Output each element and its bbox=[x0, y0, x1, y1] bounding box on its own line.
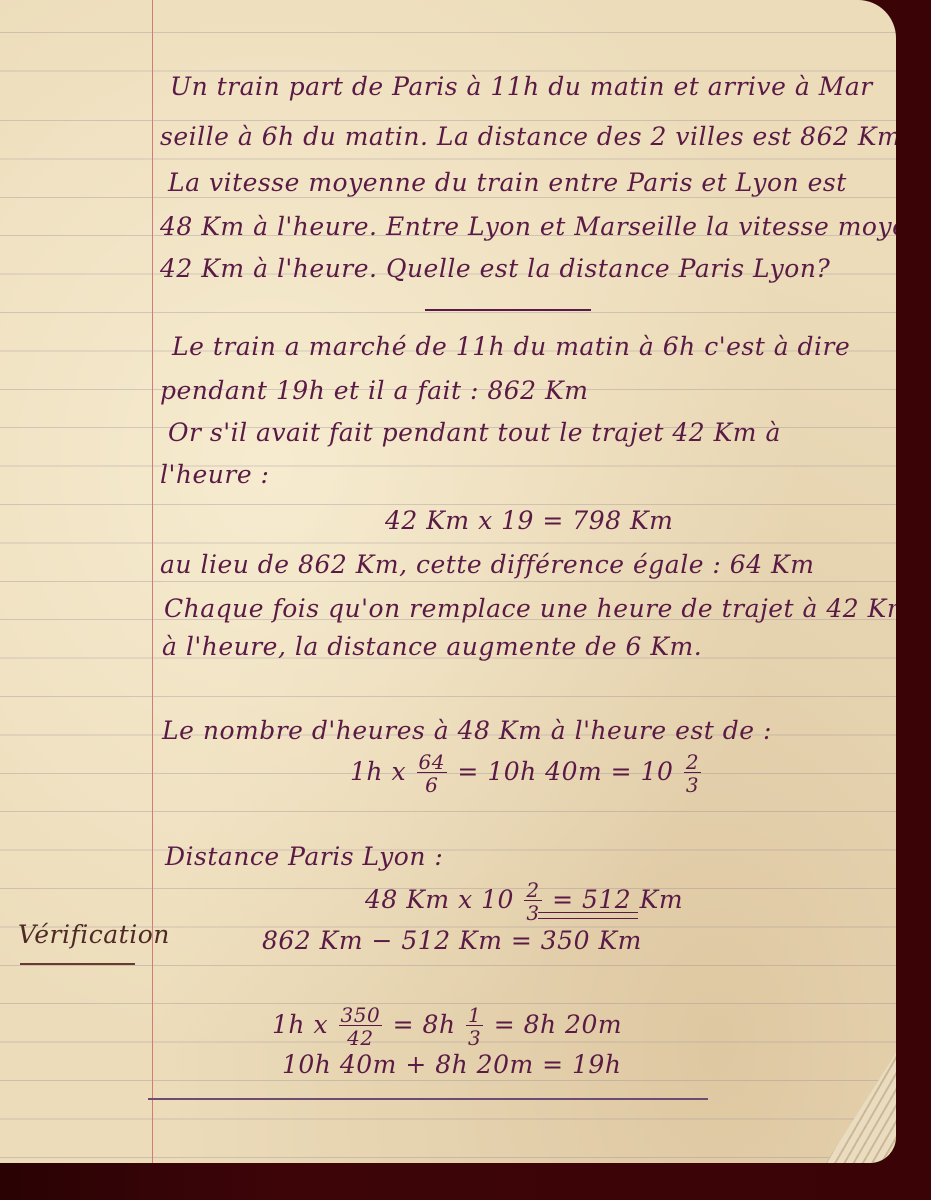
verif-calc-2: 1h x 350 42 = 8h 1 3 = 8h 20m bbox=[272, 1005, 622, 1048]
problem-line-1: Un train part de Paris à 11h du matin et… bbox=[170, 72, 873, 101]
fraction-64-6: 64 6 bbox=[417, 752, 447, 795]
solution-line-3: Or s'il avait fait pendant tout le traje… bbox=[168, 418, 781, 447]
calc-hours: 1h x 64 6 = 10h 40m = 10 2 3 bbox=[350, 752, 703, 795]
hours-line: Le nombre d'heures à 48 Km à l'heure est… bbox=[162, 716, 772, 745]
result-double-underline bbox=[538, 912, 638, 919]
solution-line-7: à l'heure, la distance augmente de 6 Km. bbox=[162, 632, 702, 661]
distance-heading: Distance Paris Lyon : bbox=[165, 842, 443, 871]
verification-underline bbox=[20, 963, 135, 965]
calc-distance-lhs: 48 Km x 10 bbox=[365, 885, 514, 914]
problem-line-3: La vitesse moyenne du train entre Paris … bbox=[168, 168, 847, 197]
calc-42x19: 42 Km x 19 = 798 Km bbox=[385, 506, 673, 535]
solution-line-1: Le train a marché de 11h du matin à 6h c… bbox=[172, 332, 850, 361]
background-strip bbox=[0, 1163, 931, 1200]
calc-hours-whole: 10 bbox=[641, 757, 674, 786]
margin-line bbox=[152, 0, 153, 1163]
verification-label: Vérification bbox=[18, 920, 170, 949]
calc-hours-lhs: 1h x bbox=[350, 757, 406, 786]
calc-distance-result: = 512 Km bbox=[552, 885, 683, 914]
solution-line-6: Chaque fois qu'on remplace une heure de … bbox=[164, 594, 896, 623]
solution-line-4: l'heure : bbox=[160, 460, 269, 489]
calc-hours-mid: = 10h 40m = bbox=[457, 757, 632, 786]
solution-line-2: pendant 19h et il a fait : 862 Km bbox=[160, 376, 588, 405]
section-divider bbox=[425, 309, 591, 311]
fraction-350-42: 350 42 bbox=[339, 1005, 383, 1048]
solution-line-5: au lieu de 862 Km, cette différence égal… bbox=[160, 550, 814, 579]
problem-line-2: seille à 6h du matin. La distance des 2 … bbox=[160, 122, 896, 151]
end-rule bbox=[148, 1098, 708, 1100]
fraction-2-3: 2 3 bbox=[684, 752, 701, 795]
notebook-page: Un train part de Paris à 11h du matin et… bbox=[0, 0, 896, 1163]
fraction-1-3: 1 3 bbox=[466, 1005, 483, 1048]
verif-calc-3: 10h 40m + 8h 20m = 19h bbox=[282, 1050, 621, 1079]
problem-line-4: 48 Km à l'heure. Entre Lyon et Marseille… bbox=[160, 212, 896, 241]
verif-calc-1: 862 Km − 512 Km = 350 Km bbox=[262, 926, 642, 955]
problem-line-5: 42 Km à l'heure. Quelle est la distance … bbox=[160, 254, 830, 283]
